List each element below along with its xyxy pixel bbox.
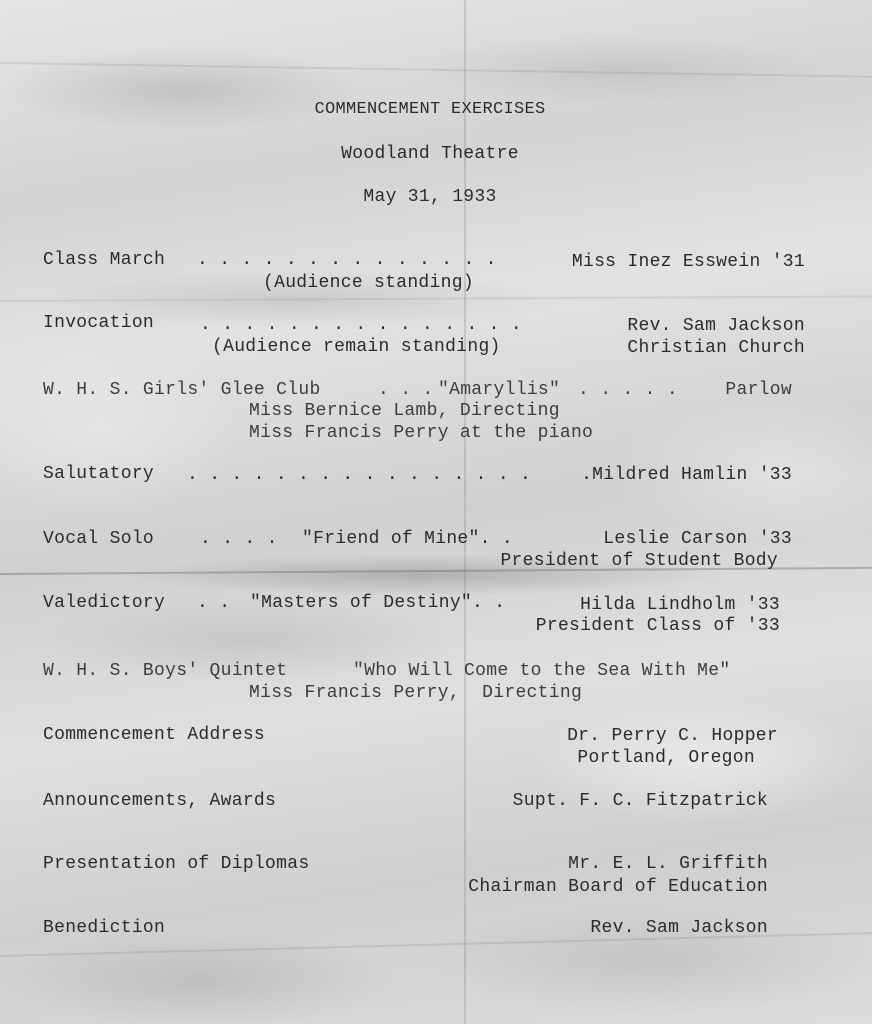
performer: Rev. Sam Jackson bbox=[590, 917, 768, 939]
item-title: Valedictory bbox=[43, 592, 165, 614]
dot-leader: . . . bbox=[378, 379, 434, 401]
performer: Leslie Carson '33 bbox=[603, 528, 792, 550]
performer: Supt. F. C. Fitzpatrick bbox=[513, 790, 768, 812]
dot-leader: . . . . . . . . . . . . . . . . bbox=[187, 464, 531, 486]
date: May 31, 1933 bbox=[363, 186, 496, 208]
performer: Dr. Perry C. Hopper bbox=[567, 725, 778, 747]
item-note: (Audience remain standing) bbox=[212, 336, 501, 358]
performer: Mr. E. L. Griffith bbox=[568, 853, 768, 875]
document-title: COMMENCEMENT EXERCISES bbox=[314, 99, 545, 121]
piece-title: "Who Will Come to the Sea With Me" bbox=[353, 660, 730, 682]
performer-title: President of Student Body bbox=[500, 550, 778, 572]
performer: Miss Inez Esswein '31 bbox=[572, 251, 805, 273]
item-title: W. H. S. Boys' Quintet bbox=[43, 660, 287, 682]
performer-title: President Class of '33 bbox=[536, 615, 780, 637]
performer: Rev. Sam Jackson bbox=[627, 315, 805, 337]
item-title: Commencement Address bbox=[43, 724, 265, 746]
item-title: Presentation of Diplomas bbox=[43, 853, 309, 875]
item-note: (Audience standing) bbox=[263, 272, 474, 294]
item-detail: Miss Francis Perry, Directing bbox=[249, 682, 582, 704]
dot-leader: . . . . . . . . . . . . . . bbox=[197, 249, 497, 271]
item-title: Salutatory bbox=[43, 463, 154, 485]
item-title: Benediction bbox=[43, 917, 165, 939]
item-title: W. H. S. Girls' Glee Club bbox=[43, 379, 321, 401]
venue: Woodland Theatre bbox=[341, 143, 519, 165]
dot-leader: . . bbox=[197, 592, 230, 614]
composer: Parlow bbox=[725, 379, 792, 401]
item-detail: Miss Francis Perry at the piano bbox=[249, 422, 593, 444]
performer: Hilda Lindholm '33 bbox=[580, 594, 780, 616]
piece-title: "Friend of Mine". . bbox=[302, 528, 513, 550]
dot-leader: . . . . bbox=[200, 528, 278, 550]
piece-title: "Masters of Destiny". . bbox=[250, 592, 505, 614]
commencement-program: COMMENCEMENT EXERCISES Woodland Theatre … bbox=[0, 0, 872, 1024]
item-title: Announcements, Awards bbox=[43, 790, 276, 812]
item-detail: Miss Bernice Lamb, Directing bbox=[249, 400, 560, 422]
dot-leader: . . . . . . . . . . . . . . . bbox=[200, 314, 522, 336]
item-title: Invocation bbox=[43, 312, 154, 334]
performer-affiliation: Christian Church bbox=[627, 337, 805, 359]
item-title: Vocal Solo bbox=[43, 528, 154, 550]
item-title: Class March bbox=[43, 249, 165, 271]
performer: .Mildred Hamlin '33 bbox=[581, 464, 792, 486]
dot-leader: . . . . . bbox=[578, 379, 678, 401]
piece-title: "Amaryllis" bbox=[438, 379, 560, 401]
performer-location: Portland, Oregon bbox=[577, 747, 755, 769]
performer-title: Chairman Board of Education bbox=[468, 876, 768, 898]
